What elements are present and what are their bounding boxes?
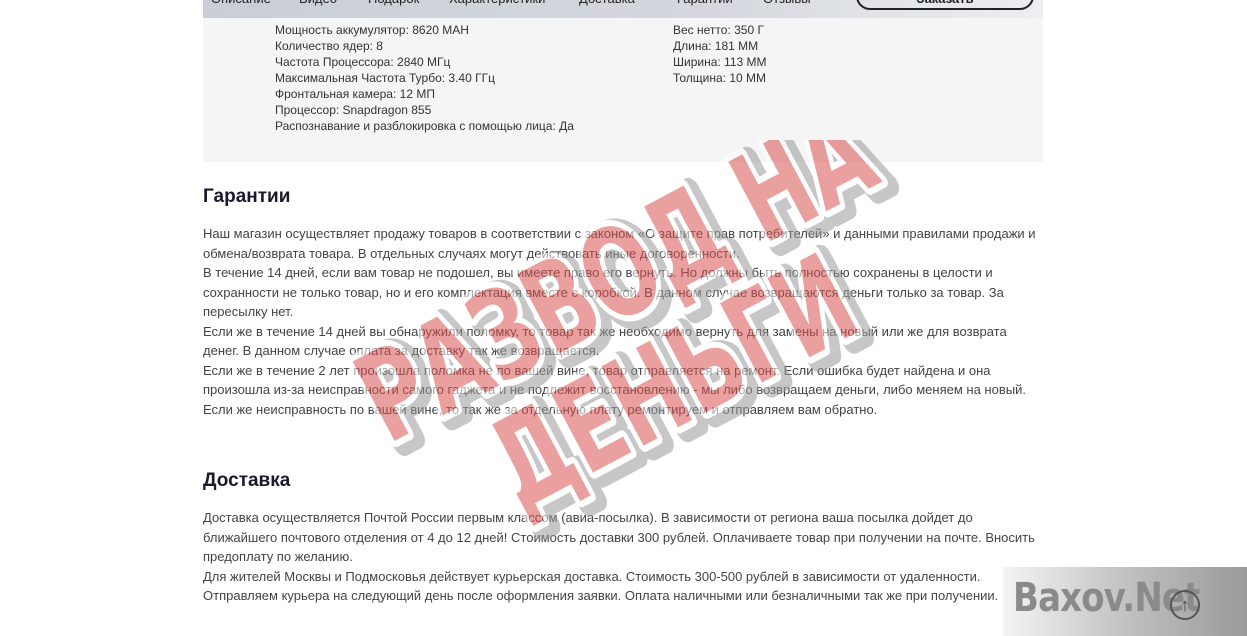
warranty-text: Наш магазин осуществляет продажу товаров… bbox=[203, 224, 1043, 419]
warranty-paragraph: Если же в течение 14 дней вы обнаружили … bbox=[203, 322, 1043, 361]
warranty-paragraph: В течение 14 дней, если вам товар не под… bbox=[203, 263, 1043, 322]
nav-tab-gift[interactable]: Подарок bbox=[368, 0, 419, 6]
delivery-paragraph: Для жителей Москвы и Подмосковья действу… bbox=[203, 567, 1043, 606]
spec-item: Распознавание и разблокировка с помощью … bbox=[275, 118, 574, 134]
warranty-paragraph: Если же неисправность по вашей вине, то … bbox=[203, 400, 1043, 420]
spec-item: Фронтальная камера: 12 МП bbox=[275, 86, 574, 102]
nav-tab-description[interactable]: Описание bbox=[211, 0, 271, 6]
scroll-to-top-icon[interactable]: ↑ bbox=[1170, 590, 1200, 620]
delivery-paragraph: Доставка осуществляется Почтой России пе… bbox=[203, 508, 1043, 567]
site-watermark-badge: Baxov.Net ↑ bbox=[1003, 567, 1247, 636]
spec-item: Количество ядер: 8 bbox=[275, 38, 574, 54]
spec-item: Толщина: 10 ММ bbox=[673, 70, 767, 86]
specs-left-column: Мощность аккумулятор: 8620 МАН Количеств… bbox=[275, 22, 574, 134]
warranty-paragraph: Если же в течение 2 лет произошла поломк… bbox=[203, 361, 1043, 400]
spec-item: Максимальная Частота Турбо: 3.40 ГГц bbox=[275, 70, 574, 86]
warranty-heading: Гарантии bbox=[203, 186, 290, 208]
spec-item: Длина: 181 ММ bbox=[673, 38, 767, 54]
warranty-paragraph: Наш магазин осуществляет продажу товаров… bbox=[203, 224, 1043, 263]
specs-panel: Мощность аккумулятор: 8620 МАН Количеств… bbox=[203, 0, 1043, 162]
spec-item: Вес нетто: 350 Г bbox=[673, 22, 767, 38]
spec-item: Ширина: 113 ММ bbox=[673, 54, 767, 70]
delivery-heading: Доставка bbox=[203, 470, 290, 492]
nav-tab-reviews[interactable]: Отзывы bbox=[763, 0, 811, 6]
nav-tab-delivery[interactable]: Доставка bbox=[579, 0, 635, 6]
nav-tab-video[interactable]: Видео bbox=[299, 0, 337, 6]
spec-item: Мощность аккумулятор: 8620 МАН bbox=[275, 22, 574, 38]
specs-right-column: Вес нетто: 350 Г Длина: 181 ММ Ширина: 1… bbox=[673, 22, 767, 86]
delivery-text: Доставка осуществляется Почтой России пе… bbox=[203, 508, 1043, 606]
nav-tab-specs[interactable]: Характеристики bbox=[449, 0, 545, 6]
nav-tab-warranty[interactable]: Гарантии bbox=[677, 0, 733, 6]
spec-item: Частота Процессора: 2840 МГц bbox=[275, 54, 574, 70]
order-button[interactable]: Заказать bbox=[856, 0, 1034, 10]
sticky-nav-bar: Описание Видео Подарок Характеристики До… bbox=[203, 0, 1043, 18]
spec-item: Процессор: Snapdragon 855 bbox=[275, 102, 574, 118]
